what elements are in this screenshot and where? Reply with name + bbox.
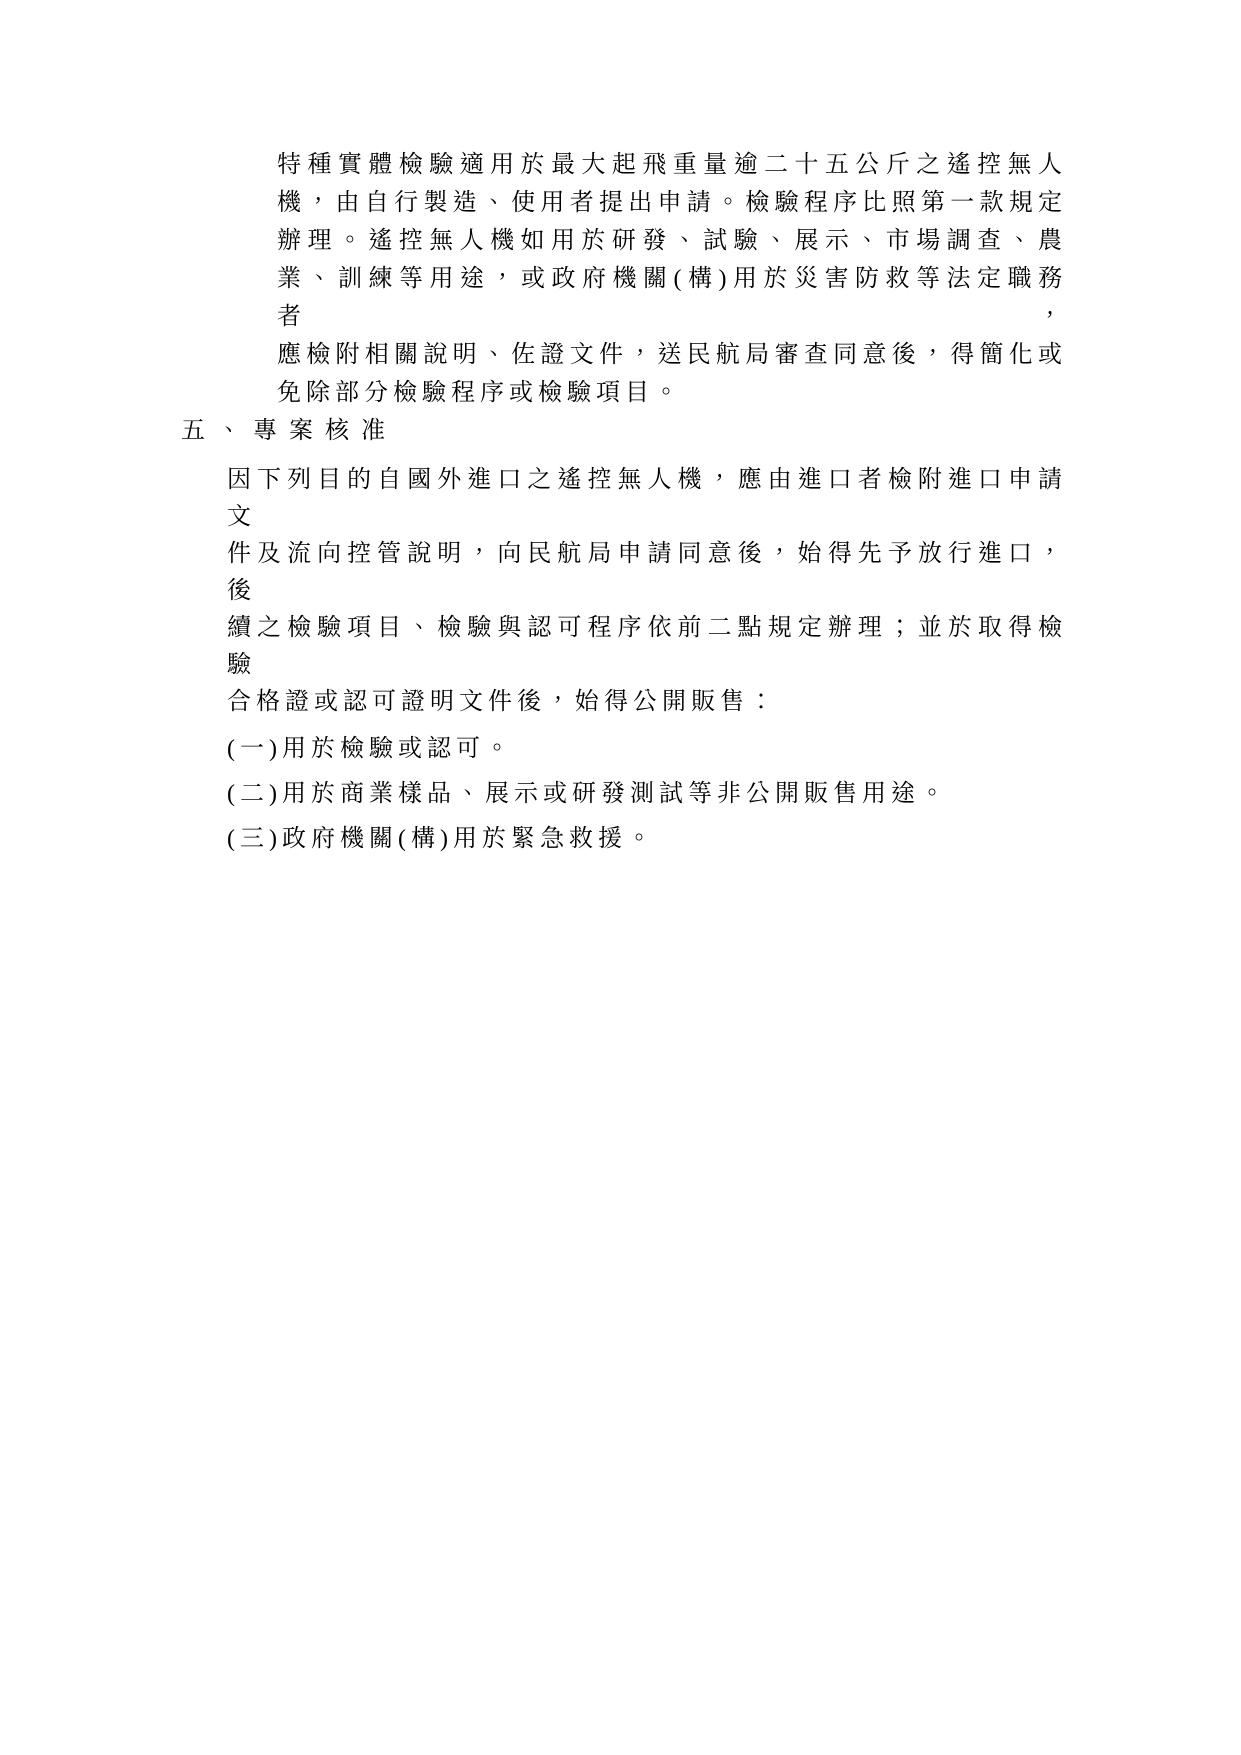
paragraph-line: 合格證或認可證明文件後，始得公開販售： xyxy=(227,684,1067,721)
paragraph-line: 辦理。遙控無人機如用於研發、試驗、展示、市場調查、農 xyxy=(277,222,1067,260)
paragraph-line: 機，由自行製造、使用者提出申請。檢驗程序比照第一款規定 xyxy=(277,184,1067,222)
list-item-text: 政府機關(構)用於緊急救援。 xyxy=(282,826,656,852)
item5-paragraph: 因下列目的自國外進口之遙控無人機，應由進口者檢附進口申請文 件及流向控管說明，向… xyxy=(227,462,1067,721)
paragraph-line: 特種實體檢驗適用於最大起飛重量逾二十五公斤之遙控無人 xyxy=(277,146,1067,184)
list-item-text: 用於商業樣品、展示或研發測試等非公開販售用途。 xyxy=(282,781,949,807)
list-item-1: (一)用於檢驗或認可。 xyxy=(227,731,1241,768)
list-item-label: (一) xyxy=(227,736,282,762)
paragraph-line: 續之檢驗項目、檢驗與認可程序依前二點規定辦理；並於取得檢驗 xyxy=(227,610,1067,684)
item4-special-inspection-paragraph: 特種實體檢驗適用於最大起飛重量逾二十五公斤之遙控無人 機，由自行製造、使用者提出… xyxy=(277,146,1067,412)
paragraph-line: 應檢附相關說明、佐證文件，送民航局審查同意後，得簡化或 xyxy=(277,336,1067,374)
list-item-label: (三) xyxy=(227,826,282,852)
paragraph-line: 因下列目的自國外進口之遙控無人機，應由進口者檢附進口申請文 xyxy=(227,462,1067,536)
paragraph-line: 件及流向控管說明，向民航局申請同意後，始得先予放行進口，後 xyxy=(227,536,1067,610)
item5-number: 五、 xyxy=(181,418,253,444)
list-item-2: (二)用於商業樣品、展示或研發測試等非公開販售用途。 xyxy=(227,776,1241,813)
list-item-3: (三)政府機關(構)用於緊急救援。 xyxy=(227,821,1241,858)
list-item-text: 用於檢驗或認可。 xyxy=(282,736,514,762)
item5-heading: 五、專案核准 xyxy=(181,412,1241,450)
paragraph-line: 免除部分檢驗程序或檢驗項目。 xyxy=(277,374,1067,412)
document-page: 特種實體檢驗適用於最大起飛重量逾二十五公斤之遙控無人 機，由自行製造、使用者提出… xyxy=(0,0,1241,1755)
paragraph-line: 業、訓練等用途，或政府機關(構)用於災害防救等法定職務者， xyxy=(277,260,1067,336)
list-item-label: (二) xyxy=(227,781,282,807)
item5-title: 專案核准 xyxy=(253,418,397,444)
